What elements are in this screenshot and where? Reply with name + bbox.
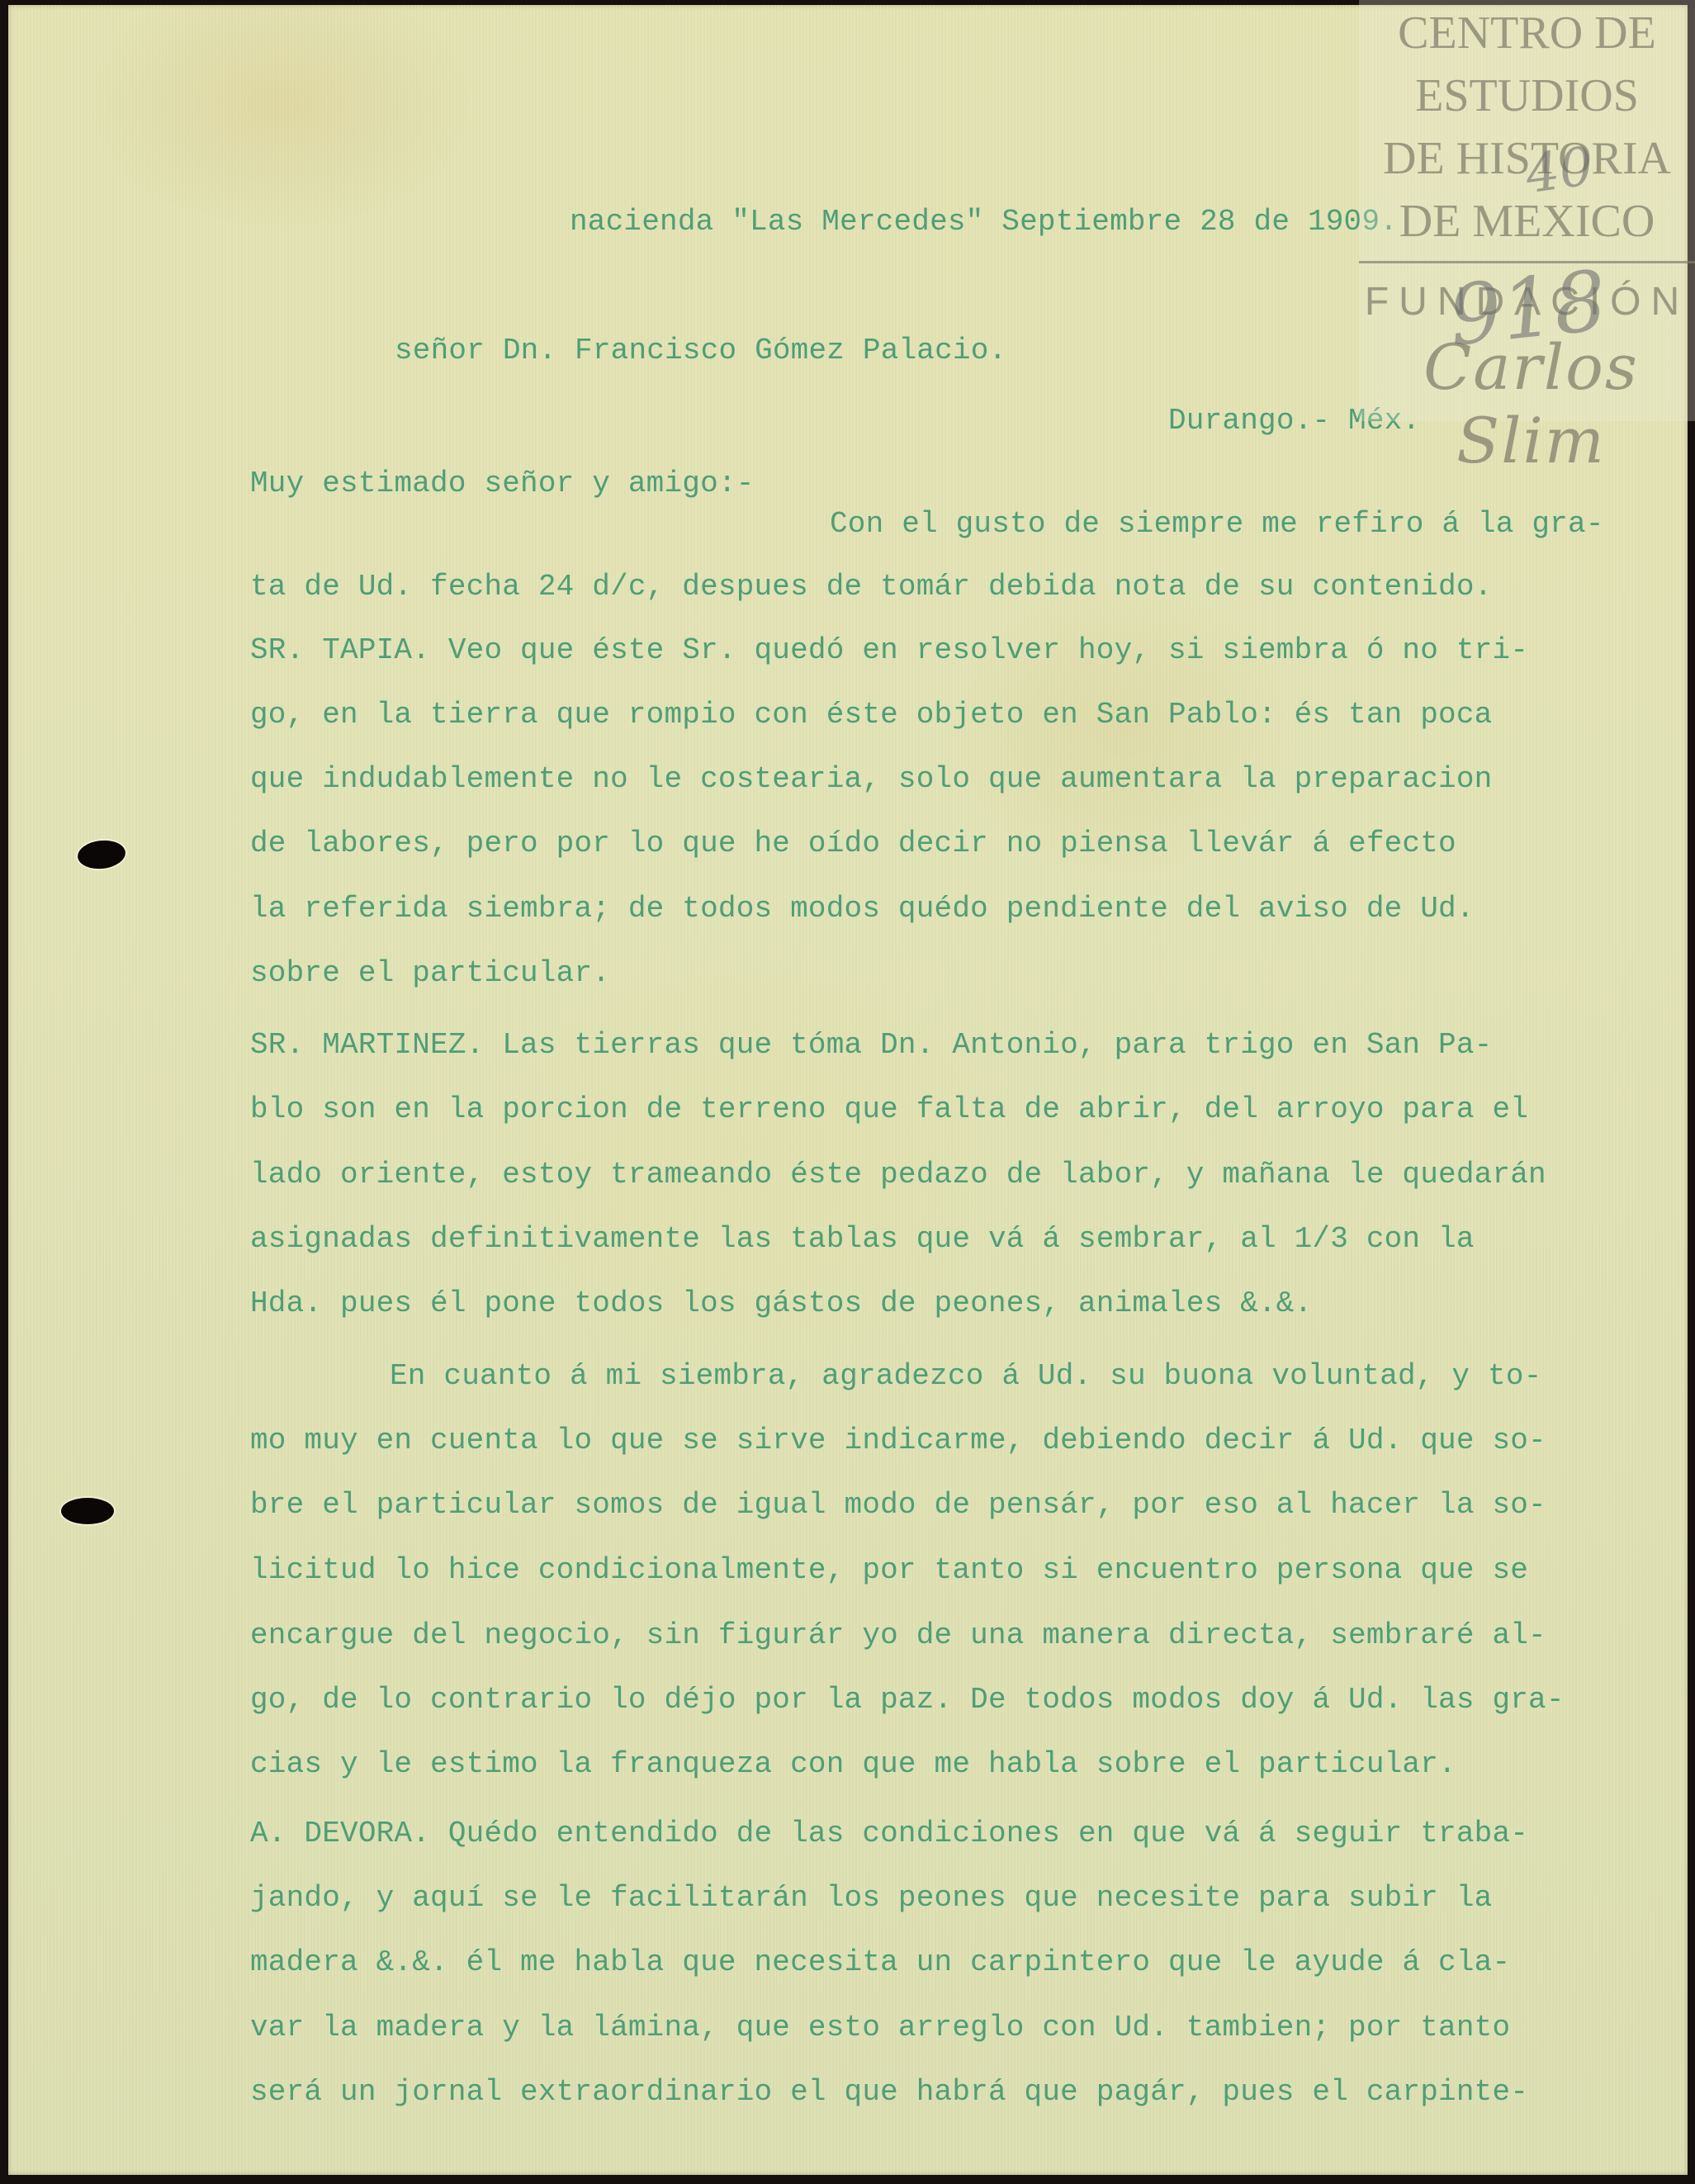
- letter-line: go, en la tierra que rompio con éste obj…: [250, 698, 1492, 732]
- letter-line: mo muy en cuenta lo que se sirve indicar…: [250, 1424, 1546, 1457]
- letter-line: que indudablemente no le costearia, solo…: [250, 762, 1492, 796]
- letter-line: madera &.&. él me habla que necesita un …: [250, 1945, 1510, 1979]
- watermark-line: ESTUDIOS: [1359, 64, 1695, 127]
- letter-line: será un jornal extraordinario el que hab…: [250, 2075, 1528, 2109]
- letter-line: blo son en la porcion de terreno que fal…: [250, 1092, 1528, 1126]
- letter-line: var la madera y la lámina, que esto arre…: [250, 2011, 1510, 2044]
- watermark-line: DE MEXICO: [1359, 190, 1695, 253]
- letter-line: SR. TAPIA. Veo que éste Sr. quedó en res…: [250, 633, 1528, 667]
- letter-line: Hda. pues él pone todos los gástos de pe…: [250, 1286, 1312, 1320]
- letter-line: lado oriente, estoy trameando éste pedaz…: [250, 1158, 1546, 1191]
- letter-line: encargue del negocio, sin figurár yo de …: [250, 1618, 1546, 1652]
- letter-line: Con el gusto de siempre me refiro á la g…: [830, 507, 1604, 541]
- letter-line: la referida siembra; de todos modos quéd…: [250, 892, 1475, 926]
- pencil-document-number: 918: [1444, 252, 1611, 364]
- letter-line: go, de lo contrario lo déjo por la paz. …: [250, 1683, 1565, 1717]
- pencil-folio-number: 40: [1522, 136, 1597, 206]
- letter-line: ta de Ud. fecha 24 d/c, despues de tomár…: [250, 570, 1492, 604]
- letter-line: SR. MARTINEZ. Las tierras que tóma Dn. A…: [250, 1028, 1492, 1062]
- letter-line: En cuanto á mi siembra, agradezco á Ud. …: [390, 1359, 1541, 1393]
- letter-header: nacienda "Las Mercedes" Septiembre 28 de…: [570, 205, 1398, 239]
- letter-line: sobre el particular.: [250, 956, 610, 990]
- letter-line: bre el particular somos de igual modo de…: [250, 1488, 1546, 1522]
- letter-line: licitud lo hice condicionalmente, por ta…: [250, 1553, 1528, 1587]
- recipient: señor Dn. Francisco Gómez Palacio.: [395, 334, 1006, 367]
- letter-line: cias y le estimo la franqueza con que me…: [250, 1747, 1456, 1781]
- greeting: Muy estimado señor y amigo:-: [250, 467, 755, 500]
- letter-line: asignadas definitivamente las tablas que…: [250, 1222, 1475, 1256]
- letter-line: A. DEVORA. Quédo entendido de las condic…: [250, 1817, 1528, 1850]
- archive-watermark: CENTRO DE ESTUDIOS DE HISTORIA DE MEXICO…: [1359, 0, 1695, 421]
- letter-line: jando, y aquí se le facilitarán los peon…: [250, 1881, 1492, 1915]
- letter-line: de labores, pero por lo que he oído deci…: [250, 827, 1456, 860]
- watermark-line: CENTRO DE: [1359, 2, 1695, 64]
